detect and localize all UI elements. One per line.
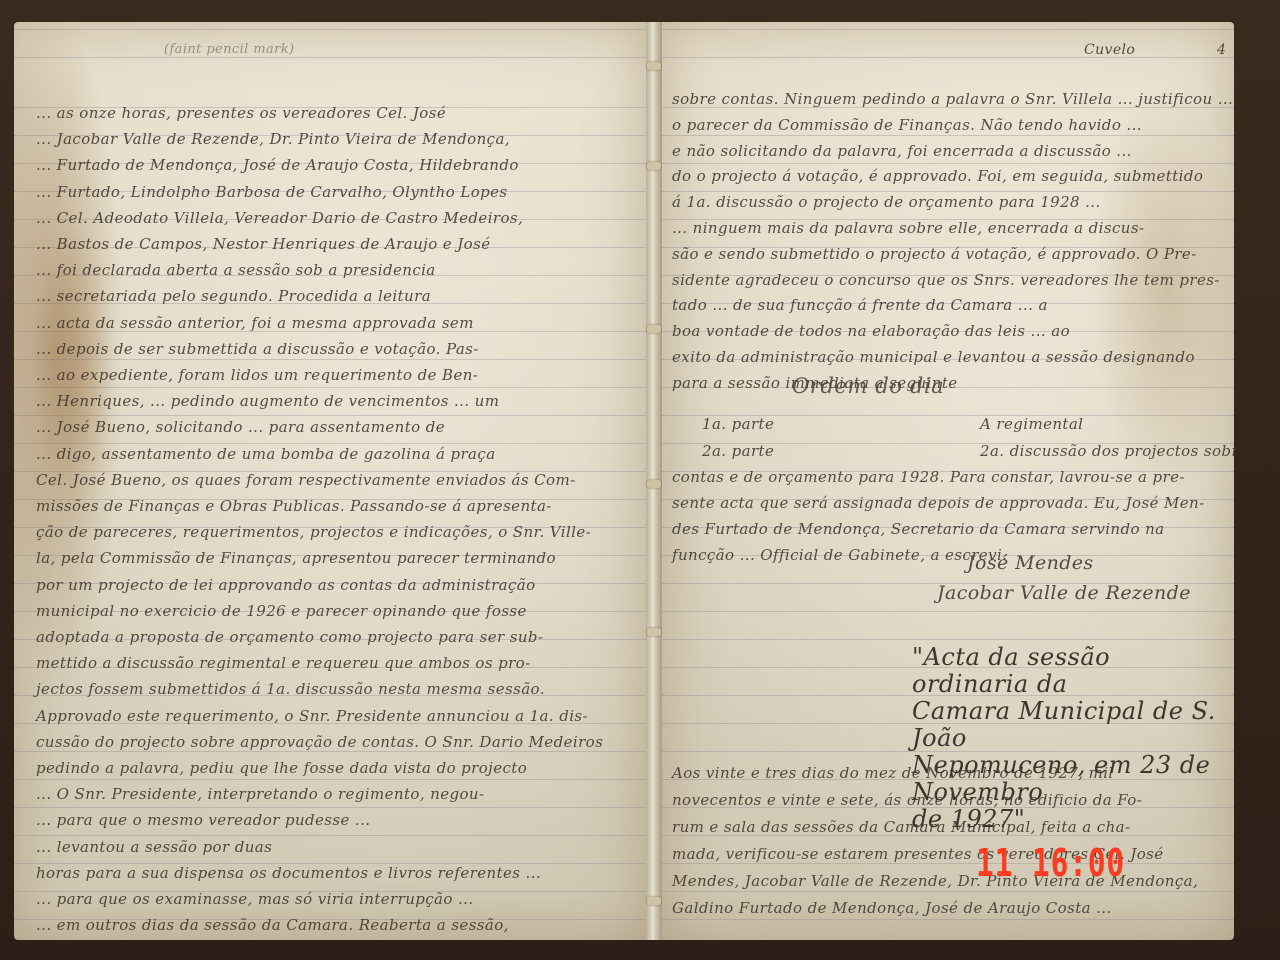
handwritten-line: ... digo, assentamento de uma bomba de g… xyxy=(36,445,496,463)
left-page: (faint pencil mark) ... as onze horas, p… xyxy=(14,22,646,940)
handwritten-line: contas e de orçamento para 1928. Para co… xyxy=(672,468,1185,486)
title-line: Camara Municipal de S. João xyxy=(912,698,1234,752)
handwritten-line: ... O Snr. Presidente, interpretando o r… xyxy=(36,785,484,803)
handwritten-line: ... para que os examinasse, mas só viria… xyxy=(36,890,474,908)
order-item-part: 2a. parte xyxy=(702,442,774,460)
handwritten-line: sidente agradeceu o concurso que os Snrs… xyxy=(672,271,1220,289)
handwritten-line: la, pela Commissão de Finanças, apresent… xyxy=(36,549,556,567)
handwritten-line: mettido a discussão regimental e requere… xyxy=(36,654,531,672)
handwritten-line: ção de pareceres, requerimentos, project… xyxy=(36,523,591,541)
handwritten-line: e não solicitando da palavra, foi encerr… xyxy=(672,142,1132,160)
binding-stitch xyxy=(647,325,661,333)
handwritten-line: ... em outros dias da sessão da Camara. … xyxy=(36,916,509,934)
handwritten-line: tado ... de sua funcção á frente da Cama… xyxy=(672,296,1048,314)
handwritten-line: sente acta que será assignada depois de … xyxy=(672,494,1205,512)
order-item-part: 1a. parte xyxy=(702,415,774,433)
handwritten-line: ... para que o mesmo vereador pudesse ..… xyxy=(36,811,370,829)
camera-timestamp-overlay: 11 16:00 xyxy=(976,841,1125,885)
handwritten-line: municipal no exercicio de 1926 e parecer… xyxy=(36,602,527,620)
handwritten-line: ... acta da sessão anterior, foi a mesma… xyxy=(36,314,474,332)
handwritten-line: por um projecto de lei approvando as con… xyxy=(36,576,536,594)
handwritten-line: ... as onze horas, presentes os vereador… xyxy=(36,104,446,122)
page-number: 4 xyxy=(1217,42,1226,58)
handwritten-line: ... ao expediente, foram lidos um requer… xyxy=(36,366,478,384)
handwritten-line: á 1a. discussão o projecto de orçamento … xyxy=(672,193,1101,211)
handwritten-line: sobre contas. Ninguem pedindo a palavra … xyxy=(672,90,1233,108)
handwritten-line: ... Furtado de Mendonça, José de Araujo … xyxy=(36,156,519,174)
handwritten-line: horas para a sua dispensa os documentos … xyxy=(36,864,541,882)
handwritten-line: novecentos e vinte e sete, ás onze horas… xyxy=(672,791,1142,809)
right-page: Cuvelo 4 sobre contas. Ninguem pedindo a… xyxy=(662,22,1234,940)
handwritten-line: ... Henriques, ... pedindo augmento de v… xyxy=(36,392,499,410)
handwritten-line: des Furtado de Mendonça, Secretario da C… xyxy=(672,520,1164,538)
handwritten-line: missões de Finanças e Obras Publicas. Pa… xyxy=(36,497,552,515)
handwritten-line: adoptada a proposta de orçamento como pr… xyxy=(36,628,543,646)
handwritten-line: Approvado este requerimento, o Snr. Pres… xyxy=(36,707,588,725)
binding-stitch xyxy=(647,62,661,70)
page-annotation: Cuvelo xyxy=(1084,42,1135,58)
handwritten-line: ... Furtado, Lindolpho Barbosa de Carval… xyxy=(36,183,508,201)
handwritten-line: Galdino Furtado de Mendonça, José de Ara… xyxy=(672,899,1112,917)
handwritten-line: ... foi declarada aberta a sessão sob a … xyxy=(36,261,436,279)
handwritten-line: o parecer da Commissão de Finanças. Não … xyxy=(672,116,1142,134)
handwritten-line: funcção ... Official de Gabinete, a escr… xyxy=(672,546,1007,564)
handwritten-line: cussão do projecto sobre approvação de c… xyxy=(36,733,603,751)
handwritten-line: ... Jacobar Valle de Rezende, Dr. Pinto … xyxy=(36,130,510,148)
handwritten-line: ... depois de ser submettida a discussão… xyxy=(36,340,479,358)
handwritten-line: pedindo a palavra, pediu que lhe fosse d… xyxy=(36,759,527,777)
handwritten-line: são e sendo submettido o projecto á vota… xyxy=(672,245,1197,263)
open-ledger-photo: (faint pencil mark) ... as onze horas, p… xyxy=(0,0,1280,960)
signature: Jacobar Valle de Rezende xyxy=(937,582,1191,604)
handwritten-line: exito da administração municipal e levan… xyxy=(672,348,1195,366)
header-mark: (faint pencil mark) xyxy=(164,42,294,57)
handwritten-line: ... levantou a sessão por duas xyxy=(36,838,272,856)
handwritten-line: Cel. José Bueno, os quaes foram respecti… xyxy=(36,471,576,489)
handwritten-line: do o projecto á votação, é approvado. Fo… xyxy=(672,167,1203,185)
handwritten-line: ... Bastos de Campos, Nestor Henriques d… xyxy=(36,235,490,253)
handwritten-line: ... secretariada pelo segundo. Procedida… xyxy=(36,287,431,305)
handwritten-line: Aos vinte e tres dias do mez de Novembro… xyxy=(672,764,1114,782)
order-item-description: 2a. discussão dos projectos sobre xyxy=(980,442,1234,460)
binding-stitch xyxy=(647,162,661,170)
handwritten-line: jectos fossem submettidos á 1a. discussã… xyxy=(36,680,545,698)
binding-stitch xyxy=(647,628,661,636)
binding-stitch xyxy=(647,480,661,488)
order-item-description: A regimental xyxy=(980,415,1083,433)
signature: José Mendes xyxy=(967,552,1094,574)
handwritten-line: ... ninguem mais da palavra sobre elle, … xyxy=(672,219,1144,237)
handwritten-line: ... Cel. Adeodato Villela, Vereador Dari… xyxy=(36,209,523,227)
order-of-day-heading: Ordem do dia xyxy=(792,374,944,398)
binding-stitch xyxy=(647,897,661,905)
title-line: "Acta da sessão ordinaria da xyxy=(912,644,1234,698)
handwritten-line: boa vontade de todos na elaboração das l… xyxy=(672,322,1070,340)
handwritten-line: rum e sala das sessões da Camara Municip… xyxy=(672,818,1130,836)
handwritten-line: ... José Bueno, solicitando ... para ass… xyxy=(36,418,445,436)
